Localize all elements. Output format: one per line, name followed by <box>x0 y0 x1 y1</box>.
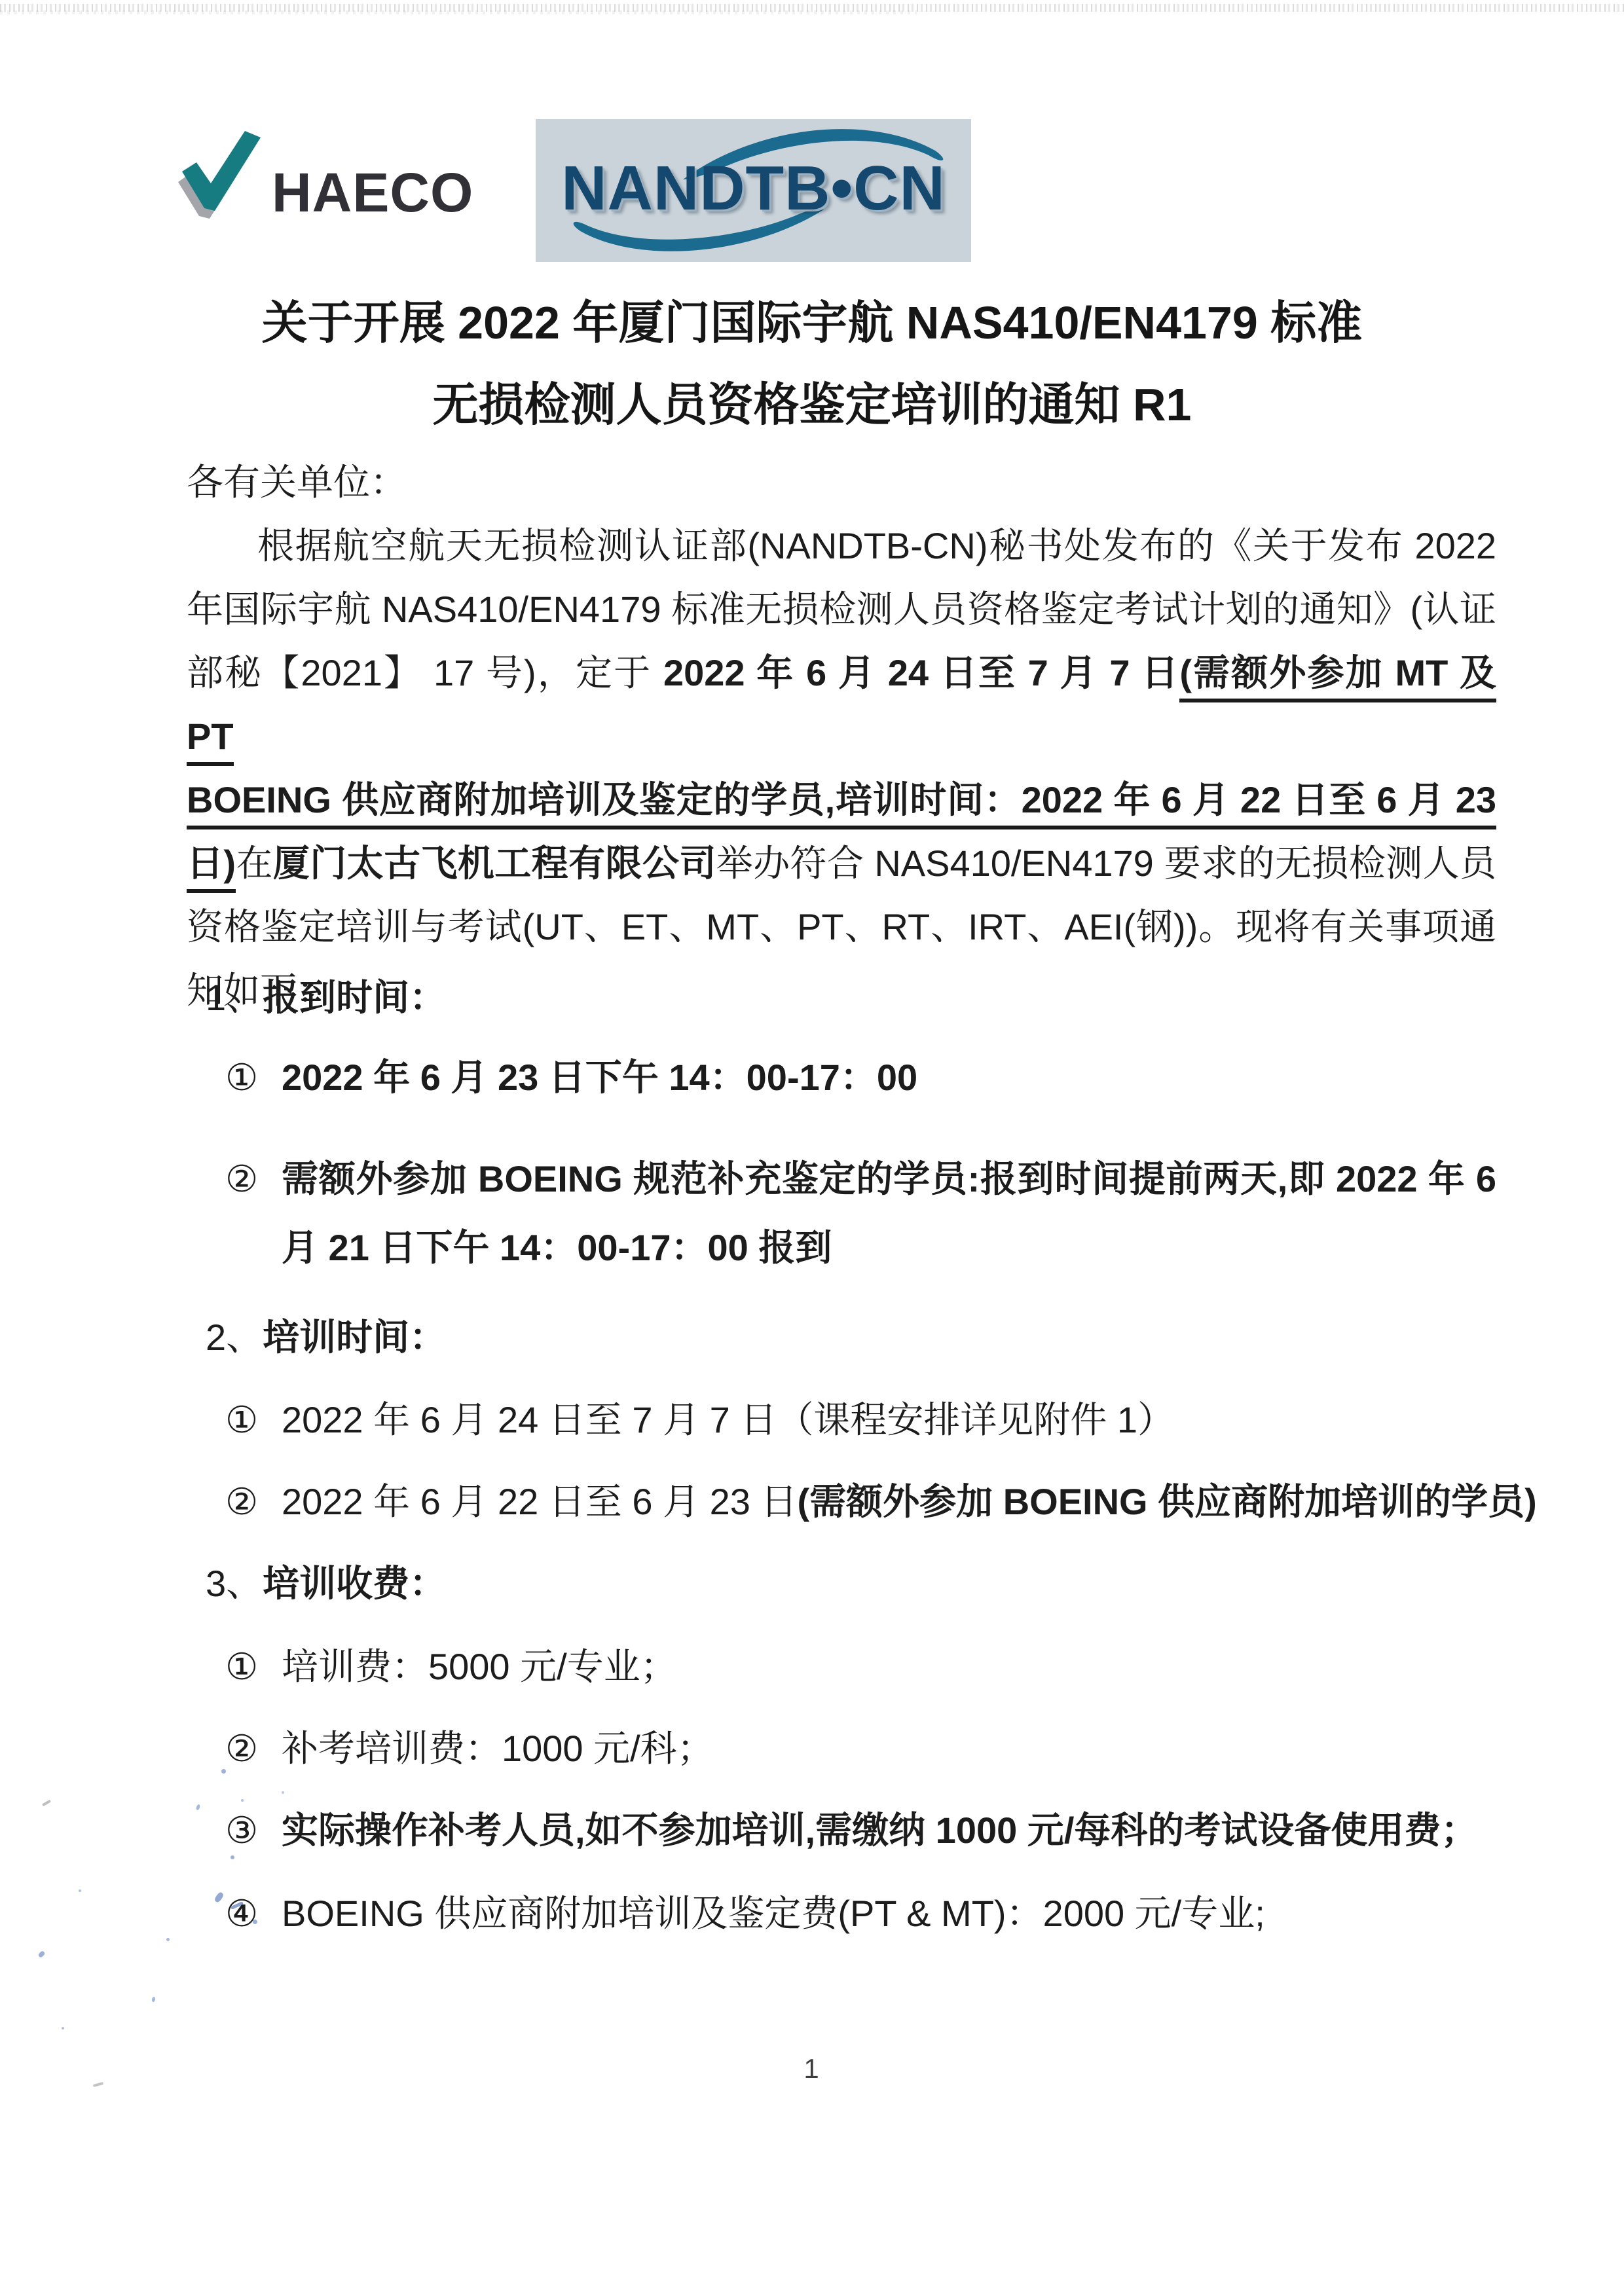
nandtb-logo: NANDTB•CN <box>536 119 971 262</box>
intro-line: 日)在厦门太古飞机工程有限公司举办符合 NAS410/EN4179 要求的无损检… <box>187 831 1496 895</box>
section-1-item-1: ① 2022 年 6 月 23 日下午 14：00-17：00 <box>225 1046 1496 1109</box>
pencil-mark <box>42 1800 51 1806</box>
intro-line: 根据航空航天无损检测认证部(NANDTB-CN)秘书处发布的《关于发布 2022 <box>187 514 1496 577</box>
section-3-item-2: ② 补考培训费：1000 元/科； <box>225 1717 1496 1780</box>
item-marker: ④ <box>225 1882 282 1945</box>
section-2-item-2: ② 2022 年 6 月 22 日至 6 月 23 日(需额外参加 BOEING… <box>225 1470 1496 1533</box>
scan-noise-top <box>0 10 917 14</box>
ink-speck <box>151 1997 155 2003</box>
section-1-heading: 1、报到时间： <box>206 966 446 1029</box>
item-marker: ① <box>225 1046 282 1109</box>
intro-line: BOEING 供应商附加培训及鉴定的学员,培训时间：2022 年 6 月 22 … <box>187 768 1496 831</box>
ink-speck <box>79 1889 81 1892</box>
ink-speck <box>196 1804 201 1810</box>
item-marker: ② <box>225 1144 282 1282</box>
section-3-item-4: ④ BOEING 供应商附加培训及鉴定费(PT & MT)：2000 元/专业; <box>225 1882 1496 1945</box>
intro-line: 资格鉴定培训与考试(UT、ET、MT、PT、RT、IRT、AEI(钢))。现将有… <box>187 895 1496 958</box>
document-page: HAECO NANDTB•CN 关于开展 2022 年厦门国际宇航 NAS410… <box>0 0 1624 2296</box>
haeco-logo: HAECO <box>178 131 473 226</box>
page-number: 1 <box>0 2053 1624 2085</box>
section-3-item-1: ① 培训费：5000 元/专业； <box>225 1635 1496 1698</box>
intro-paragraph: 根据航空航天无损检测认证部(NANDTB-CN)秘书处发布的《关于发布 2022… <box>187 514 1496 1022</box>
page-title-line2: 无损检测人员资格鉴定培训的通知 R1 <box>0 375 1624 434</box>
ink-speck <box>253 1920 257 1924</box>
item-marker: ① <box>225 1388 282 1451</box>
salutation: 各有关单位： <box>187 450 407 514</box>
intro-line: 部秘【2021】 17 号)，定于 2022 年 6 月 24 日至 7 月 7… <box>187 641 1496 768</box>
ink-speck <box>282 1791 284 1794</box>
ink-speck <box>241 1799 244 1802</box>
ink-speck <box>37 1950 45 1958</box>
section-2-heading: 2、培训时间： <box>206 1305 446 1369</box>
section-3-heading: 3、培训收费： <box>206 1552 446 1615</box>
item-marker: ② <box>225 1717 282 1780</box>
intro-line: 年国际宇航 NAS410/EN4179 标准无损检测人员资格鉴定考试计划的通知》… <box>187 577 1496 641</box>
ink-speck <box>62 2027 64 2030</box>
item-marker: ② <box>225 1470 282 1533</box>
page-title-line1: 关于开展 2022 年厦门国际宇航 NAS410/EN4179 标准 <box>0 293 1624 352</box>
ink-speck <box>166 1938 170 1941</box>
ink-speck <box>213 1891 225 1903</box>
section-1-item-2: ② 需额外参加 BOEING 规范补充鉴定的学员:报到时间提前两天,即 2022… <box>225 1144 1496 1282</box>
haeco-checkmark-icon <box>178 131 267 219</box>
ink-speck <box>231 1855 234 1859</box>
item-marker: ① <box>225 1635 282 1698</box>
section-2-item-1: ① 2022 年 6 月 24 日至 7 月 7 日（课程安排详见附件 1） <box>225 1388 1496 1451</box>
ink-speck <box>221 1769 226 1774</box>
item-marker: ③ <box>225 1798 282 1862</box>
nandtb-logo-text: NANDTB•CN <box>536 157 971 220</box>
section-3-item-3: ③ 实际操作补考人员,如不参加培训,需缴纳 1000 元/每科的考试设备使用费； <box>225 1798 1496 1862</box>
haeco-logo-text: HAECO <box>272 165 473 220</box>
